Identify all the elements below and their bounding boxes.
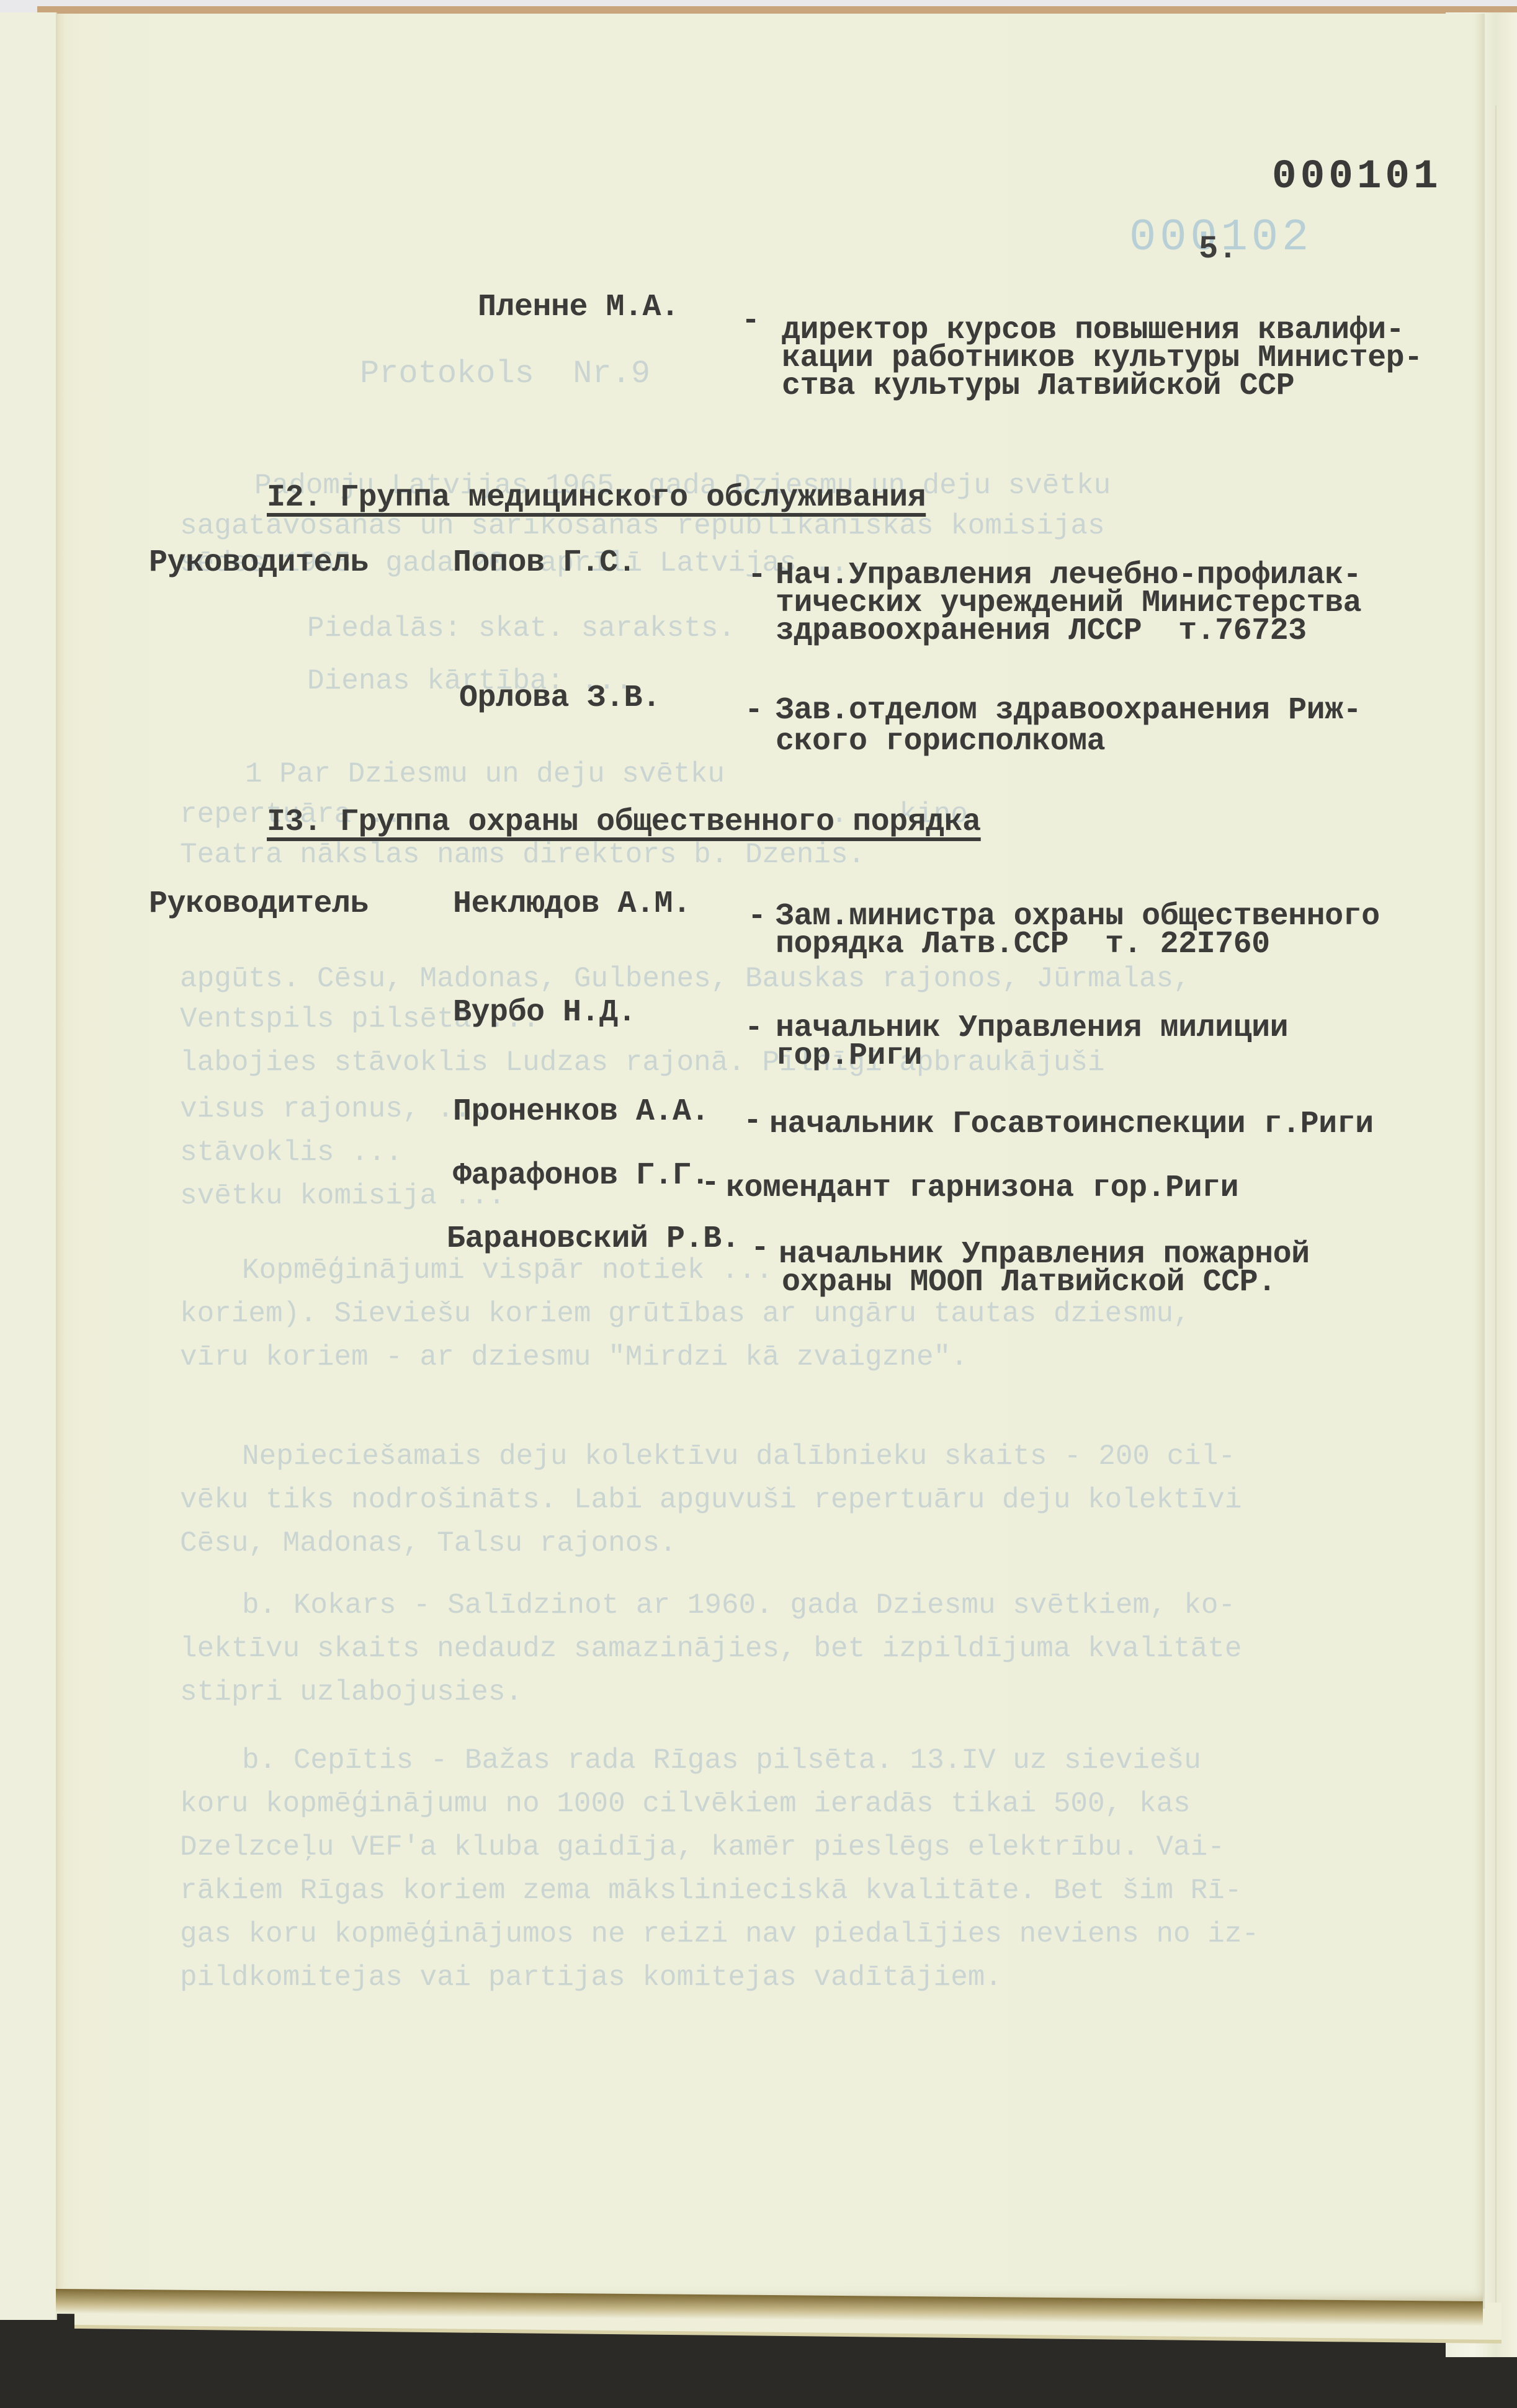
position-line: охраны МООП Латвийской ССР. (782, 1267, 1276, 1299)
page-number: 5. (1199, 231, 1237, 267)
member-role: Руководитель (149, 547, 369, 579)
member-name: Вурбо Н.Д. (453, 997, 636, 1029)
position-line: ского горисполкома (776, 726, 1105, 758)
archive-sheet-number-stamp: 000101 (1272, 153, 1442, 200)
document-page: Protokols Nr.9 Padomju Latvijas 1965. ga… (56, 14, 1485, 2309)
dash: - (745, 695, 763, 727)
bleed-line: koriem). Sieviešu koriem grūtības ar ung… (180, 1298, 1191, 1330)
bleed-line: koru kopmēģinājumu no 1000 cilvēkiem ier… (180, 1788, 1191, 1820)
bleed-line: b. Kokars - Salīdzinot ar 1960. gada Dzi… (242, 1589, 1235, 1621)
dash: - (743, 1105, 762, 1138)
bleed-line: stāvoklis ... (180, 1136, 403, 1169)
bleed-line: visus rajonus, ... (180, 1093, 488, 1125)
bleed-line: rākiem Rīgas koriem zema mākslinieciskā … (180, 1875, 1242, 1907)
member-name: Попов Г.С. (453, 547, 636, 579)
position-line: начальник Госавтоинспекции г.Риги (769, 1108, 1374, 1141)
bleed-line: Piedalās: skat. saraksts. (307, 612, 735, 644)
bleed-line: 1 Par Dziesmu un deju svētku (245, 758, 725, 790)
position-line: комендант гарнизона гор.Риги (726, 1172, 1238, 1205)
bleed-line: pildkomitejas vai partijas komitejas vad… (180, 1961, 1002, 1994)
member-name: Неклюдов А.М. (453, 888, 691, 921)
bleed-line: Dzelzceļu VEF'a kluba gaidīja, kamēr pie… (180, 1831, 1225, 1863)
position-line: Зав.отделом здравоохранения Риж- (776, 695, 1361, 727)
bleed-line: Protokols Nr.9 (360, 358, 650, 390)
person-name: Пленне М.А. (478, 292, 679, 324)
member-name: Барановский Р.В. (447, 1223, 740, 1255)
dash: - (701, 1167, 720, 1200)
member-role: Руководитель (149, 888, 369, 921)
dash: - (751, 1233, 769, 1265)
bleed-line: Nepieciešamais deju kolektīvu dalībnieku… (242, 1440, 1235, 1473)
bleed-line: Teatra nākslas nams direktors b. Dzenis. (180, 839, 865, 871)
bleed-line: gas koru kopmēģinājumos ne reizi nav pie… (180, 1918, 1259, 1950)
dash: - (741, 305, 760, 337)
dash: - (745, 1012, 763, 1045)
group-heading: I2. Группа медицинского обслуживания (267, 482, 926, 514)
bleed-line: stipri uzlabojusies. (180, 1676, 522, 1708)
bleed-line: lektīvu skaits nedaudz samazinājies, bet… (180, 1633, 1242, 1665)
bleed-line: vēku tiks nodrošināts. Labi apguvuši rep… (180, 1484, 1242, 1516)
dash: - (748, 901, 766, 933)
position-line: порядка Латв.ССР т. 22I760 (776, 929, 1270, 961)
position-line: гор.Риги (776, 1040, 922, 1072)
sheet-edge-line (1495, 105, 1497, 2308)
bleed-line: Kopmēģinājumi vispār notiek ... (242, 1254, 773, 1286)
bleed-line: Cēsu, Madonas, Talsu rajonos. (180, 1527, 677, 1559)
member-name: Проненков А.А. (453, 1096, 709, 1128)
bleed-line: labojies stāvoklis Ludzas rajonā. Pilnīg… (180, 1046, 1105, 1079)
member-name: Фарафонов Г.Г. (453, 1160, 709, 1192)
position-line: ства культуры Латвийской ССР (782, 370, 1294, 403)
dash: - (748, 560, 766, 592)
bleed-line: apgūts. Cēsu, Madonas, Gulbenes, Bauskas… (180, 963, 1191, 995)
bleed-line: vīru koriem - ar dziesmu "Mirdzi kā zvai… (180, 1341, 968, 1373)
adjacent-page-edge (0, 12, 57, 2320)
member-name: Орлова З.В. (459, 682, 661, 715)
group-heading: I3. Группа охраны общественного порядка (267, 806, 981, 839)
position-line: здравоохранения ЛССР т.76723 (776, 615, 1307, 648)
bleed-line: b. Cepītis - Bažas rada Rīgas pilsēta. 1… (242, 1744, 1201, 1777)
